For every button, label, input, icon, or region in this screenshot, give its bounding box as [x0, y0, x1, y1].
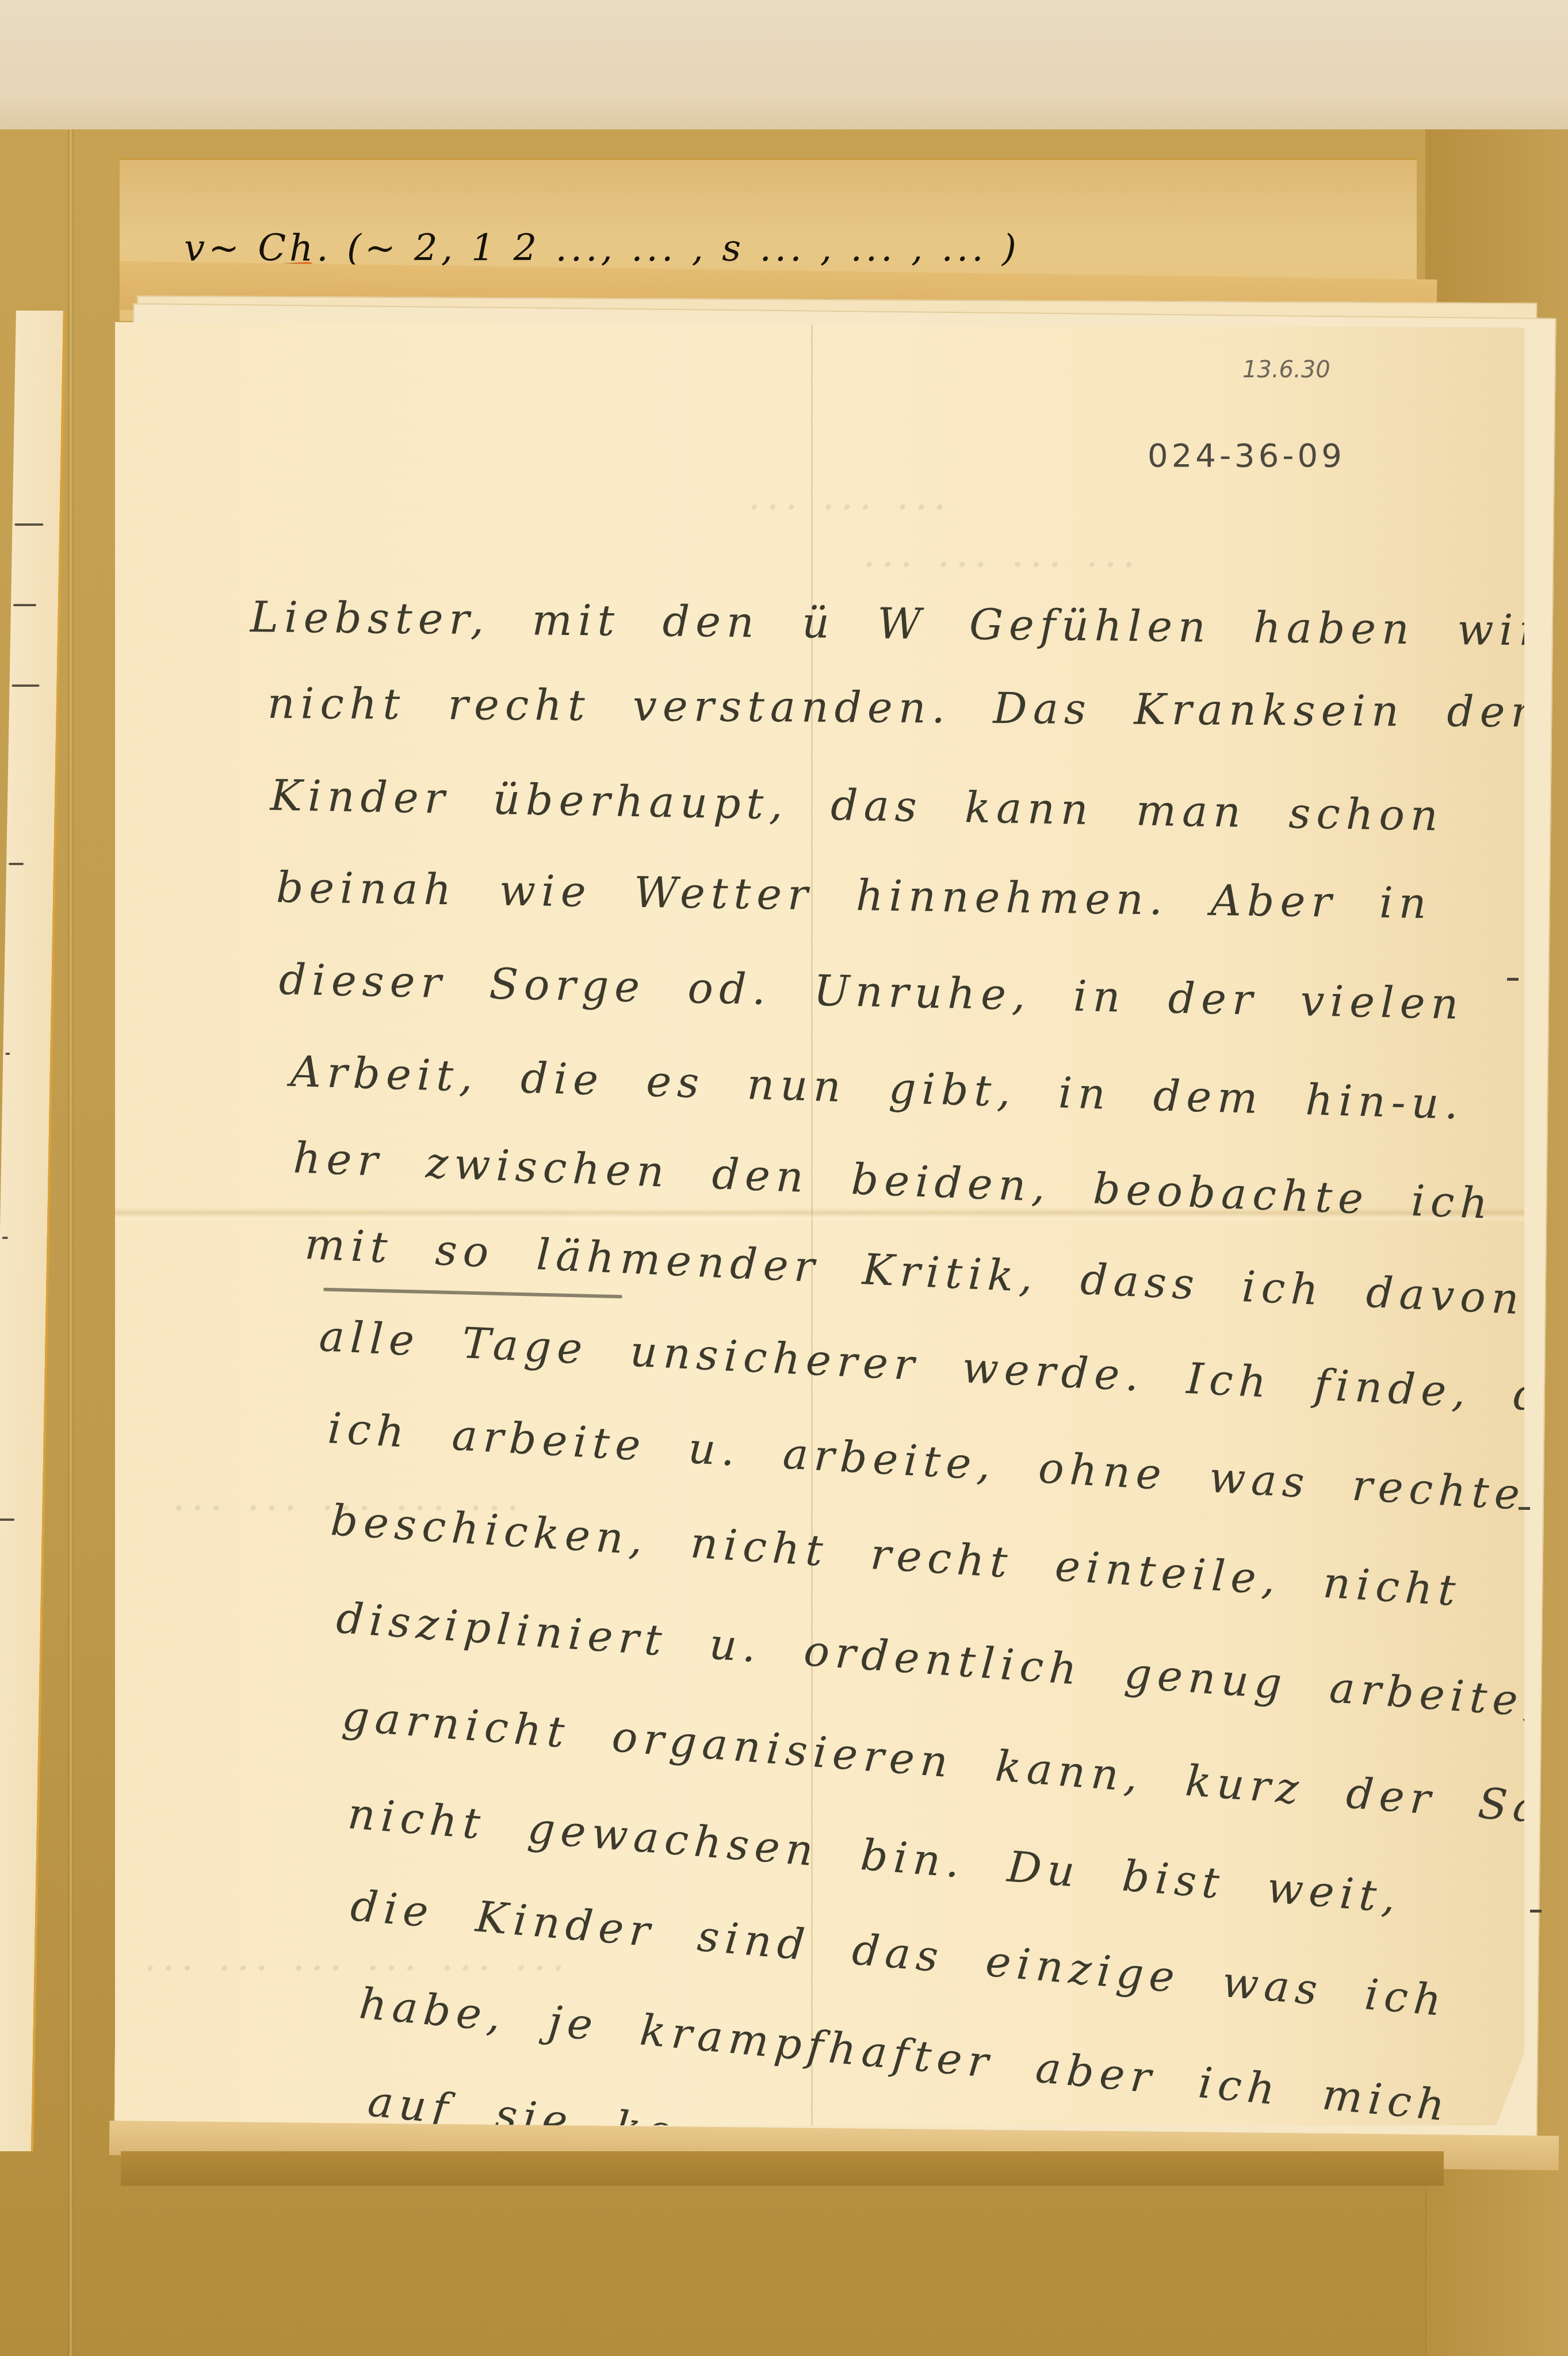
backdrop-wall	[0, 0, 1568, 138]
ink-mark	[14, 523, 43, 526]
letter-line: Liebster, mit den ü W Gefühlen haben wir…	[250, 592, 1568, 657]
letter-line: Kinder überhaupt, das kann man schon	[270, 771, 1444, 841]
letter-line: beinah wie Wetter hinnehmen. Aber in	[276, 863, 1432, 928]
torn-wrapper-edge	[121, 2151, 1444, 2186]
letter-page: ... ... ... ... ... ... ... ... ... ... …	[115, 322, 1524, 2125]
ink-mark	[5, 1053, 10, 1055]
letter-line: beschicken, nicht recht einteile, nicht	[329, 1496, 1462, 1616]
letter-line: Arbeit, die es nun gibt, in dem hin-u.	[290, 1047, 1464, 1129]
ink-mark	[9, 863, 24, 865]
underline-mark	[323, 1288, 622, 1299]
letter-line: nicht recht verstanden. Das Kranksein de…	[267, 679, 1537, 737]
folder-crease	[68, 129, 74, 2356]
letter-line: dieser Sorge od. Unruhe, in der vielen	[278, 955, 1464, 1029]
letter-line: mit so lähmender Kritik, dass ich davon	[304, 1219, 1525, 1324]
ink-mark	[1507, 978, 1519, 981]
ink-mark	[1519, 1507, 1530, 1510]
ink-mark	[2, 1237, 8, 1239]
ink-mark	[12, 684, 40, 687]
letter-line: alle Tage unsicherer werde. Ich finde, d…	[318, 1311, 1568, 1425]
ink-mark	[0, 1519, 14, 1521]
ink-mark	[13, 604, 36, 606]
date-note: 13.6.30	[1242, 357, 1330, 383]
ink-mark	[1530, 1910, 1542, 1913]
archive-number: 024-36-09	[1148, 437, 1345, 475]
